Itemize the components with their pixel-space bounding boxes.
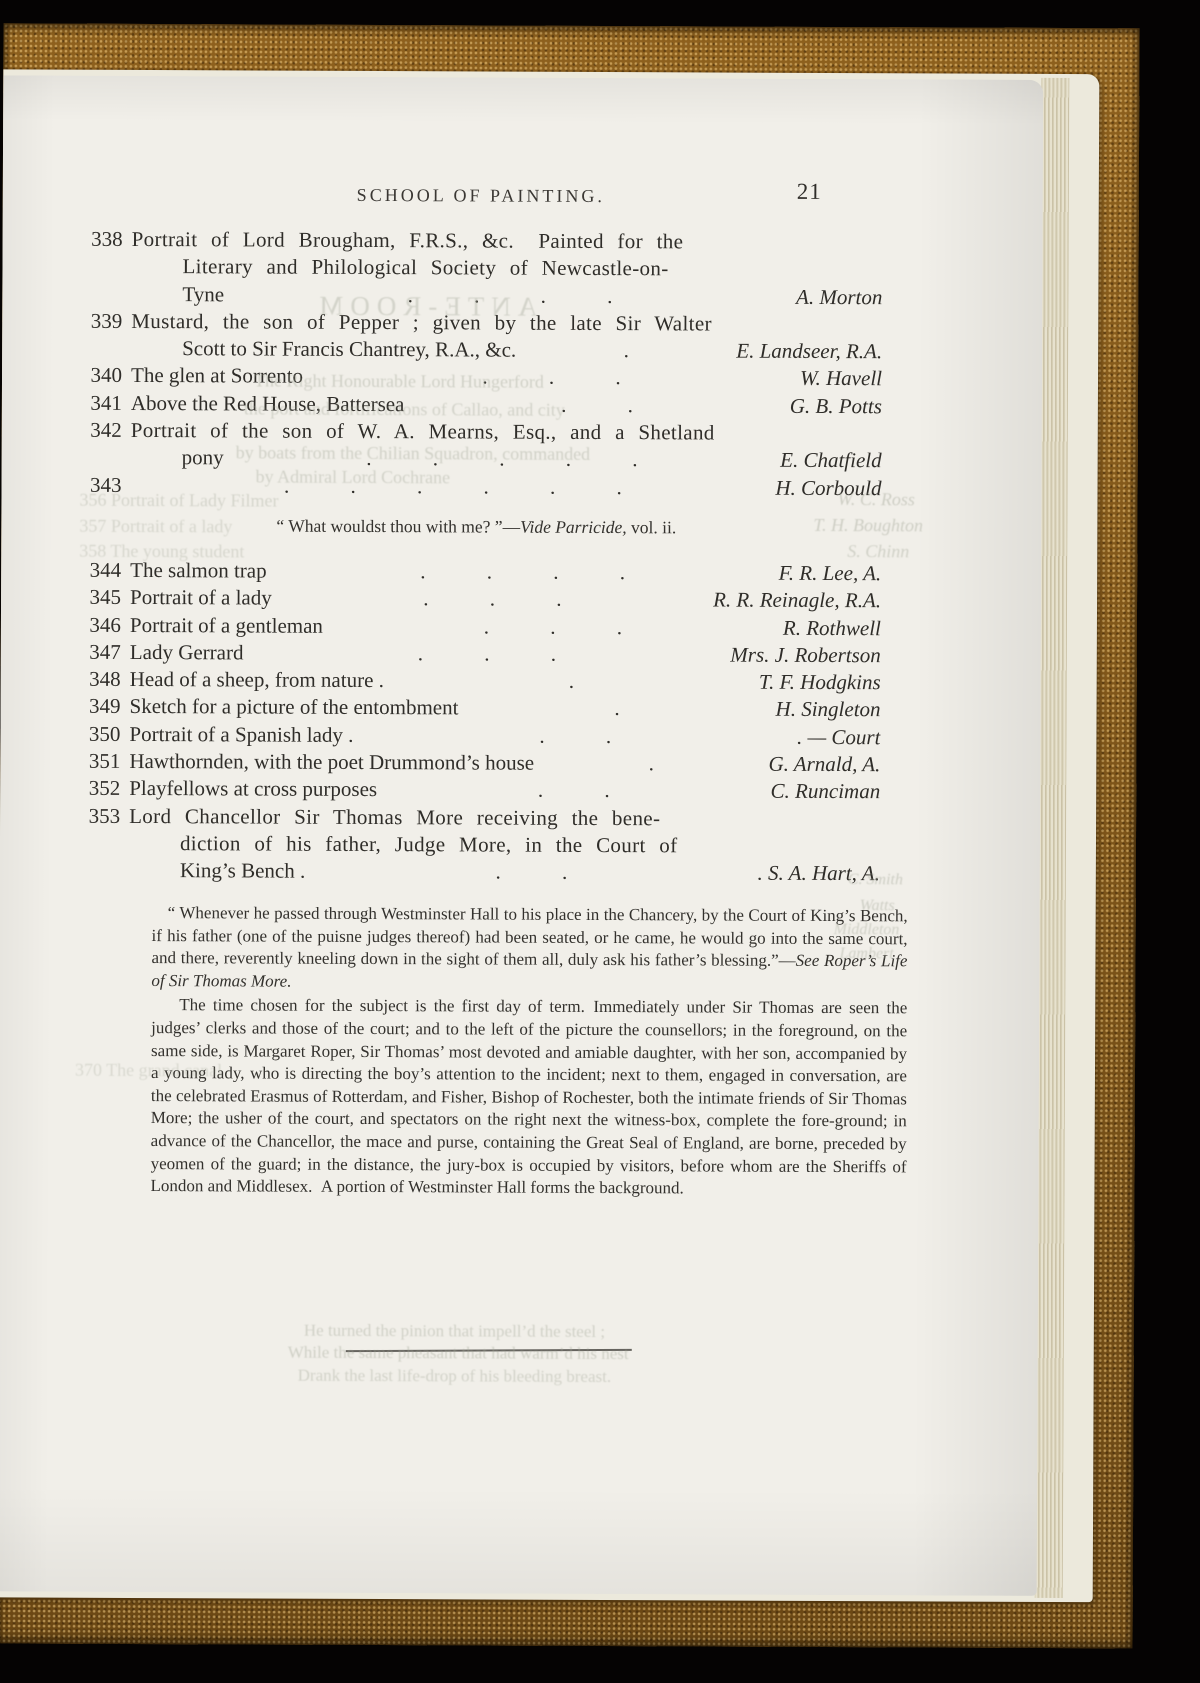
- entry-title: Scott to Sir Francis Chantrey, R.A., &c.: [182, 335, 516, 364]
- epigraph-text: “ What wouldst thou with me? ”—: [276, 516, 520, 537]
- entry-artist: T. F. Hodgkins: [759, 669, 881, 697]
- entry-350: 350Portrait of a Spanish lady .. .. — Co…: [70, 720, 880, 751]
- entry-title: Portrait of a gentleman: [130, 612, 323, 640]
- ghost-text: The Right Honourable Lord Hungerford: [254, 370, 544, 392]
- entry-number: 349: [71, 693, 130, 721]
- entry-title: King’s Bench .: [180, 857, 306, 885]
- entry-346: 346Portrait of a gentleman. . .R. Rothwe…: [71, 611, 881, 642]
- entry-number: 340: [72, 362, 131, 390]
- entry-artist: G. Arnald, A.: [768, 751, 880, 779]
- ghost-text: Lambert: [839, 945, 893, 963]
- entry-number: 345: [71, 584, 130, 612]
- entry-title: Portrait of a Spanish lady .: [129, 721, 353, 749]
- leader-dots: . .: [305, 858, 757, 887]
- entry-artist: C. Runciman: [771, 778, 881, 806]
- entry-number: 342: [72, 417, 131, 445]
- entry-353-line-1: 353Lord Chancellor Sir Thomas More recei…: [70, 802, 880, 833]
- page-number: 21: [797, 179, 822, 205]
- entry-number: 346: [71, 611, 130, 639]
- entry-title: Sketch for a picture of the entombment: [130, 693, 459, 722]
- ghost-text: by boats from the Chilian Squadron, comm…: [236, 442, 591, 465]
- ghost-text: 357 Portrait of a lady: [79, 516, 232, 538]
- entry-artist: Mrs. J. Robertson: [730, 641, 881, 669]
- entry-number: 351: [70, 748, 129, 776]
- entry-artist: W. Havell: [800, 365, 882, 393]
- ghost-text: Watts: [860, 897, 895, 915]
- entry-title: Tyne: [182, 281, 224, 308]
- ghost-text: by Admiral Lord Cochrane: [256, 466, 451, 488]
- ghost-text: 358 The young student: [79, 541, 244, 563]
- entry-339-line-2: Scott to Sir Francis Chantrey, R.A., &c.…: [72, 335, 882, 366]
- leader-dots: .: [458, 695, 775, 724]
- entry-title: Lady Gerrard: [130, 639, 244, 667]
- entry-353-line-3: King’s Bench .. .. S. A. Hart, A.: [70, 857, 880, 888]
- entry-artist: F. R. Lee, A.: [779, 560, 882, 588]
- entry-number: 339: [72, 308, 131, 336]
- leader-dots: . .: [377, 776, 771, 805]
- entry-number: 347: [71, 639, 130, 667]
- ghost-text: C. Smith: [848, 871, 903, 889]
- entry-artist: E. Landseer, R.A.: [736, 338, 882, 366]
- quote-text: “ Whenever he passed through Westminster…: [151, 903, 907, 970]
- entry-artist: A. Morton: [796, 283, 882, 311]
- entry-352: 352Playfellows at cross purposes. .C. Ru…: [70, 775, 880, 806]
- entry-artist: E. Chatfield: [780, 447, 882, 475]
- entry-345: 345Portrait of a lady. . .R. R. Reinagle…: [71, 584, 881, 615]
- roper-quote-paragraph: “ Whenever he passed through Westminster…: [151, 902, 907, 996]
- picture-description-paragraph: The time chosen for the subject is the f…: [150, 994, 907, 1201]
- entry-number: 350: [70, 720, 129, 748]
- entry-number: 341: [72, 389, 131, 417]
- ghost-text: W. C. Ross: [837, 489, 914, 510]
- ghost-text: Middleton: [834, 921, 900, 939]
- leader-dots: . . .: [272, 585, 713, 614]
- entry-number: 353: [70, 802, 129, 830]
- entry-title: pony: [182, 445, 224, 472]
- entry-title: diction of his father, Judge More, in th…: [180, 830, 678, 859]
- entry-number: 348: [71, 666, 130, 694]
- annotation-block: “ Whenever he passed through Westminster…: [150, 902, 907, 1201]
- ghost-text: the port and fortifications of Callao, a…: [244, 398, 565, 420]
- leader-dots: . . . .: [267, 558, 779, 588]
- entry-title: Hawthornden, with the poet Drummond’s ho…: [129, 748, 534, 777]
- entry-353-line-2: diction of his father, Judge More, in th…: [70, 830, 880, 861]
- leader-dots: . . .: [323, 612, 783, 641]
- entry-347: 347Lady Gerrard. . .Mrs. J. Robertson: [71, 639, 881, 670]
- entry-title: Playfellows at cross purposes: [129, 775, 377, 803]
- entry-title: Portrait of Lord Brougham, F.R.S., &c. P…: [132, 226, 684, 256]
- entry-artist: R. Rothwell: [783, 614, 881, 642]
- entry-349: 349Sketch for a picture of the entombmen…: [71, 693, 881, 724]
- entry-348: 348Head of a sheep, from nature ..T. F. …: [71, 666, 881, 697]
- leader-dots: . .: [353, 722, 797, 751]
- entry-338-line-2: Literary and Philological Society of New…: [72, 253, 882, 284]
- ghost-text: He turned the pinion that impell’d the s…: [304, 1321, 605, 1342]
- entry-title: Head of a sheep, from nature .: [130, 666, 384, 694]
- running-header: SCHOOL OF PAINTING.: [271, 185, 691, 208]
- entry-number: 338: [73, 226, 132, 254]
- ghost-text: While the same pheasant that had warm’d …: [288, 1343, 629, 1364]
- entry-338-line-1: 338Portrait of Lord Brougham, F.R.S., &c…: [73, 226, 883, 257]
- leader-dots: .: [534, 750, 769, 778]
- entry-title: Portrait of a lady: [130, 584, 272, 612]
- book-page: SCHOOL OF PAINTING. 21 338Portrait of Lo…: [0, 75, 1043, 1596]
- book-photograph: SCHOOL OF PAINTING. 21 338Portrait of Lo…: [0, 0, 1200, 1683]
- ghost-text: ANTE-ROOM: [312, 291, 537, 323]
- ghost-text: Drank the last life-drop of his bleeding…: [298, 1366, 612, 1387]
- entry-artist: . — Court: [797, 724, 881, 752]
- ghost-text: T. H. Boughton: [813, 515, 923, 536]
- entry-title: Lord Chancellor Sir Thomas More receivin…: [129, 803, 660, 833]
- entry-artist: R. R. Reinagle, R.A.: [713, 587, 881, 615]
- epigraph-volume: vol. ii.: [627, 517, 677, 537]
- epigraph-citation: Vide Parricide,: [520, 517, 627, 537]
- entry-351: 351Hawthornden, with the poet Drummond’s…: [70, 748, 880, 779]
- leader-dots: . . .: [243, 639, 730, 668]
- entry-title: Literary and Philological Society of New…: [182, 253, 668, 282]
- ghost-text: 370 The grand canal: [75, 1060, 222, 1082]
- entry-artist: G. B. Potts: [790, 393, 882, 421]
- entry-number: 352: [70, 775, 129, 803]
- ghost-text: S. Chinn: [847, 541, 909, 562]
- leader-dots: .: [516, 337, 736, 365]
- ghost-text: 356 Portrait of Lady Filmer: [79, 490, 278, 512]
- leader-dots: .: [384, 667, 759, 696]
- entry-artist: H. Singleton: [776, 696, 881, 724]
